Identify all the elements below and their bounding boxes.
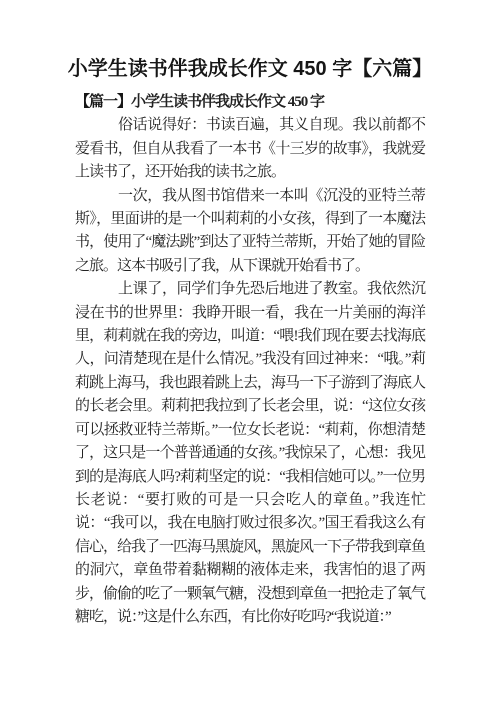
essay-body: 俗话说得好：书读百遍，其义自现。我以前都不爱看书，但自从我看了一本书《十三岁的故… bbox=[75, 114, 425, 629]
section-label: 【篇一】 bbox=[75, 93, 131, 110]
page-title: 小学生读书伴我成长作文 450 字【六篇】 bbox=[55, 56, 445, 83]
essay-paragraph-1: 俗话说得好：书读百遍，其义自现。我以前都不爱看书，但自从我看了一本书《十三岁的故… bbox=[75, 114, 425, 184]
section-title: 小学生读书伴我成长作文 450 字 bbox=[131, 94, 324, 110]
document-page: 小学生读书伴我成长作文 450 字【六篇】 【篇一】小学生读书伴我成长作文 45… bbox=[0, 0, 500, 707]
essay-paragraph-2: 一次，我从图书馆借来一本叫《沉没的亚特兰蒂斯》，里面讲的是一个叫莉莉的小女孩，得… bbox=[75, 185, 425, 279]
essay-paragraph-3: 上课了，同学们争先恐后地进了教室。我依然沉浸在书的世界里：我睁开眼一看，我在一片… bbox=[75, 278, 425, 629]
section-heading: 【篇一】小学生读书伴我成长作文 450 字 bbox=[75, 90, 425, 114]
